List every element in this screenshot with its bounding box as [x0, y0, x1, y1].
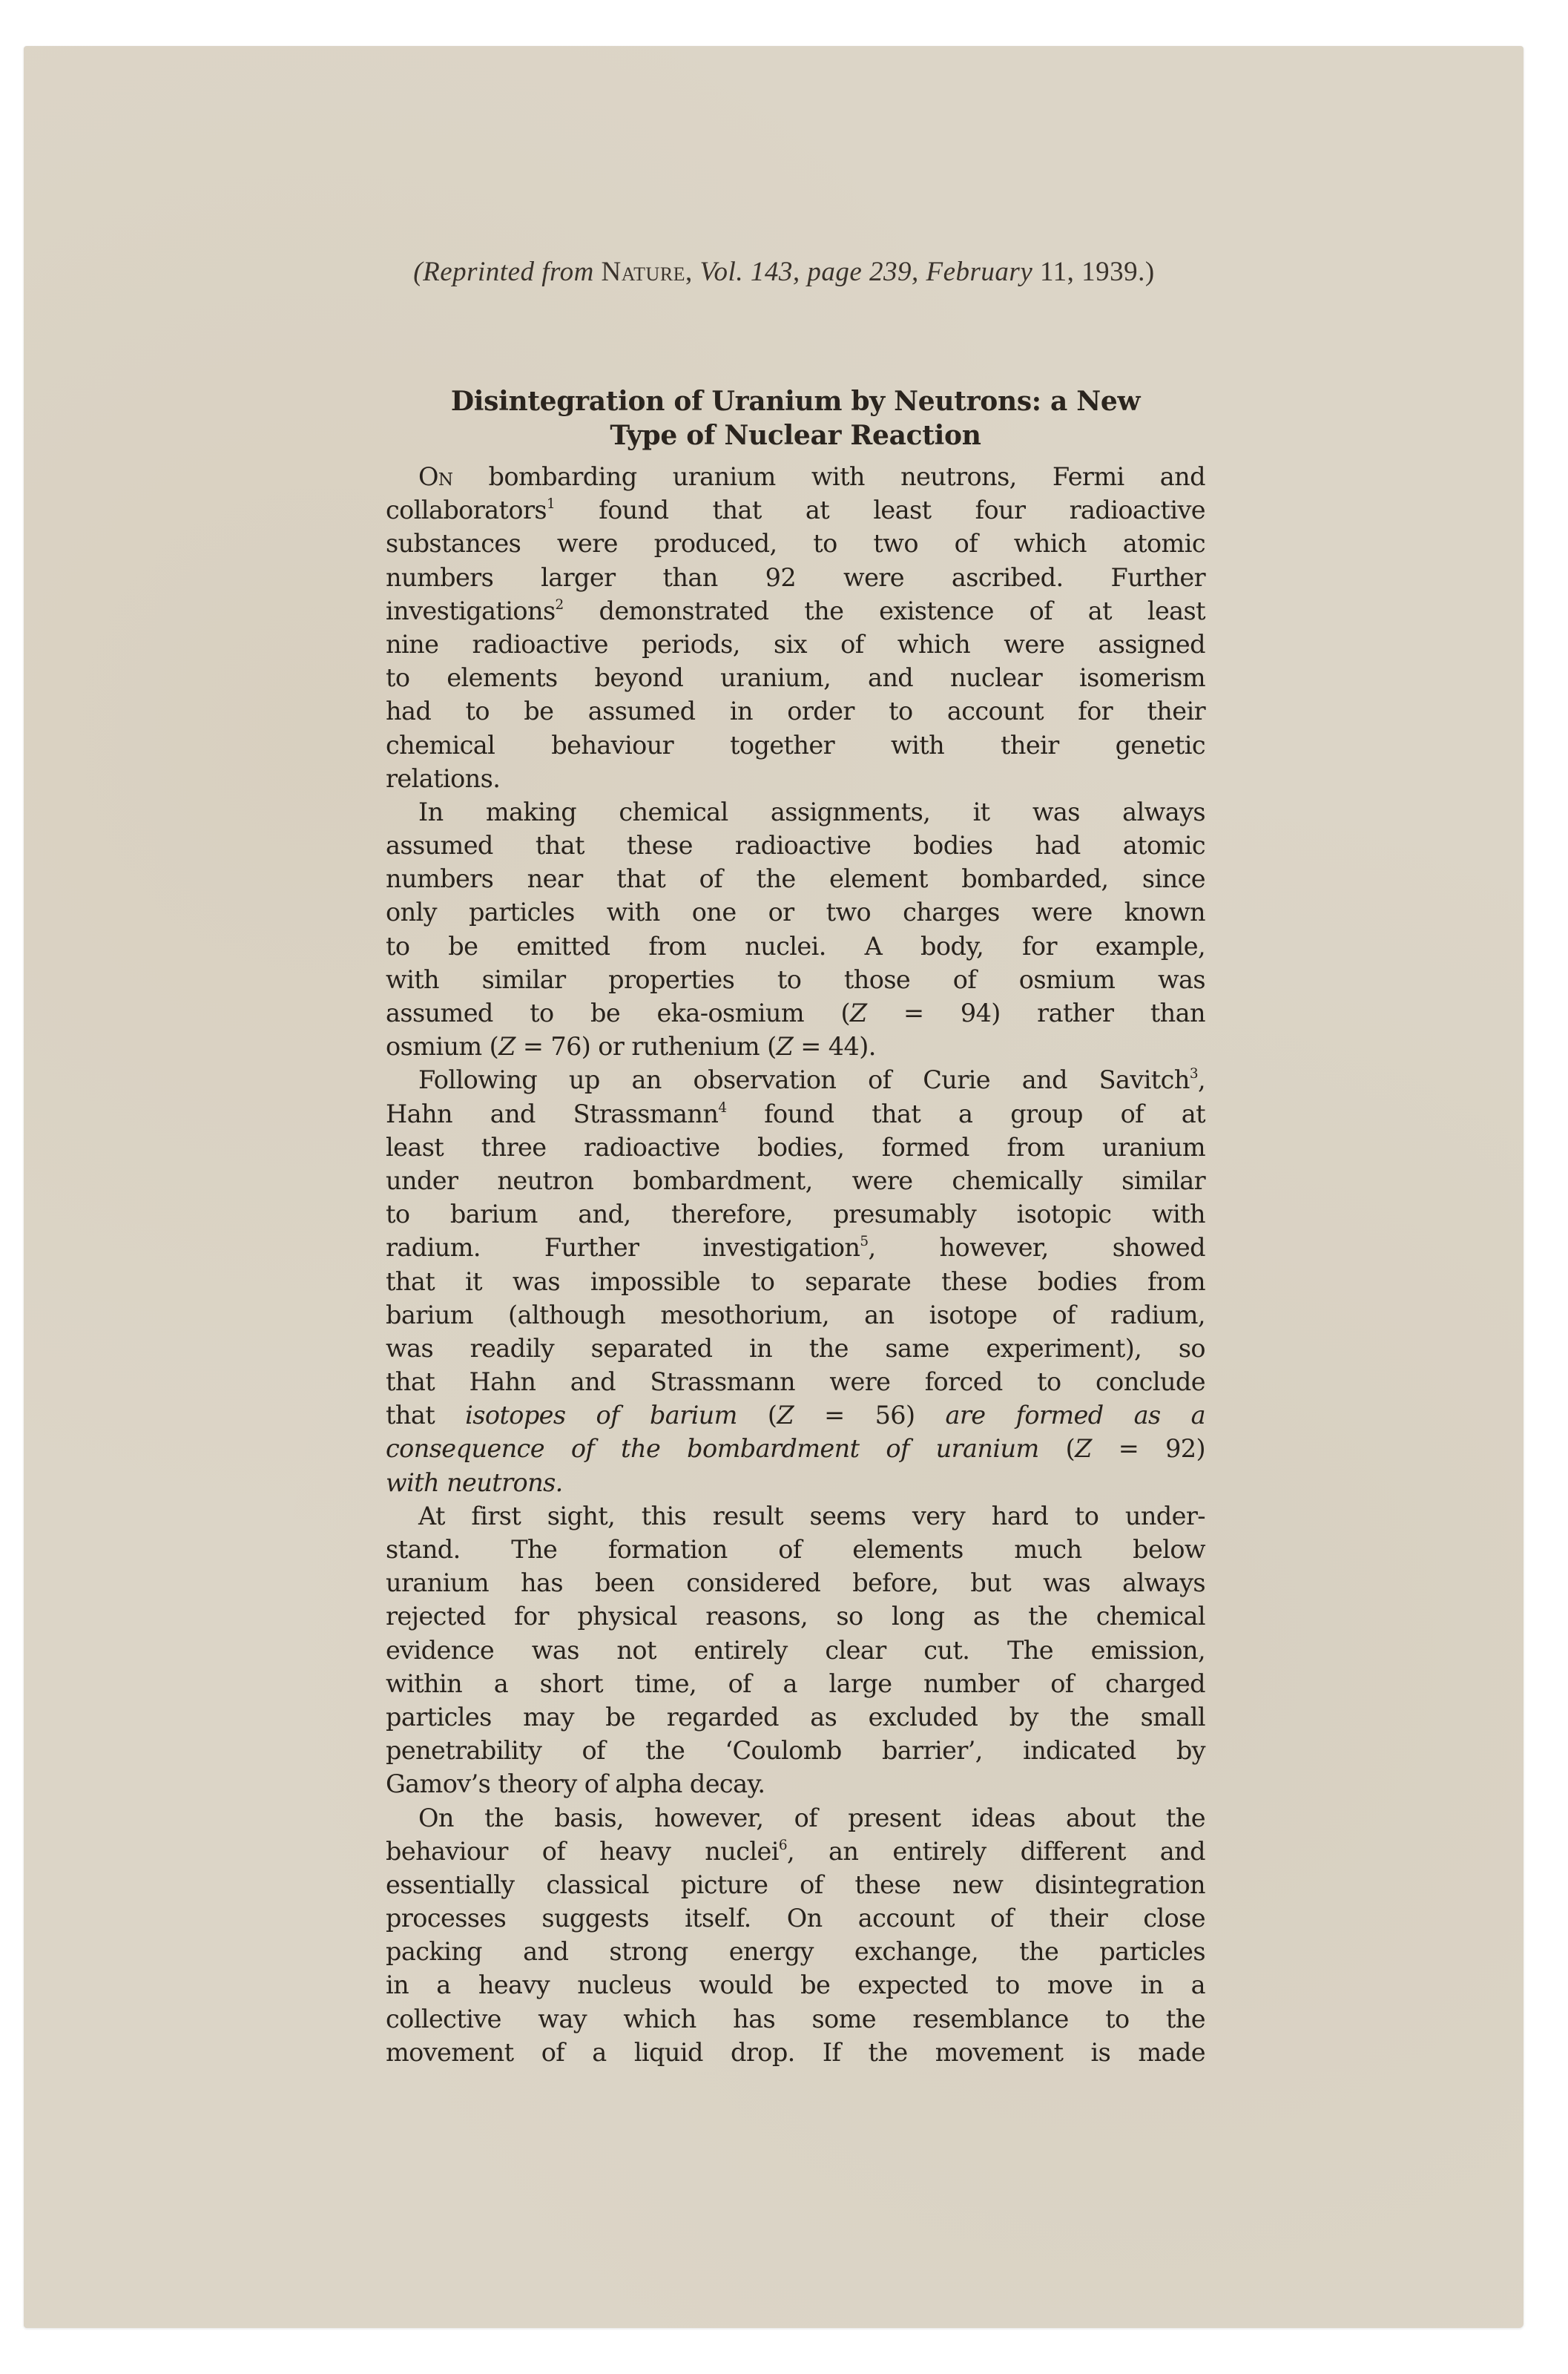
reprint-prefix: (Reprinted from — [413, 257, 601, 287]
footnote-ref: 5 — [860, 1234, 868, 1250]
text-line: processes suggests itself. On account of… — [386, 1901, 1205, 1935]
text-line: behaviour of heavy nuclei6, an entirely … — [386, 1835, 1205, 1868]
text-line: osmium (Z = 76) or ruthenium (Z = 44). — [386, 1030, 1205, 1063]
text-line: assumed to be eka-osmium (Z = 94) rather… — [386, 996, 1205, 1030]
text-line: particles may be regarded as excluded by… — [386, 1700, 1205, 1734]
volume-page-date: Vol. 143, page 239, February — [700, 257, 1033, 287]
text-run: numbers near that of the element bombard… — [386, 864, 1205, 893]
text-line: substances were produced, to two of whic… — [386, 527, 1205, 560]
text-run: was readily separated in the same experi… — [386, 1334, 1205, 1363]
text-run: bombarding uranium with neutrons, Fermi … — [452, 462, 1205, 491]
article-title-line-2: Type of Nuclear Reaction — [386, 418, 1205, 453]
text-line: In making chemical assignments, it was a… — [386, 795, 1205, 829]
text-line: that isotopes of barium (Z = 56) are for… — [386, 1398, 1205, 1432]
text-run: Z — [1075, 1434, 1092, 1463]
text-run: On the basis, however, of present ideas … — [418, 1803, 1205, 1832]
text-run: to elements beyond uranium, and nuclear … — [386, 663, 1205, 692]
text-run: essentially classical picture of these n… — [386, 1870, 1205, 1899]
text-line: assumed that these radioactive bodies ha… — [386, 829, 1205, 862]
text-line: barium (although mesothorium, an isotope… — [386, 1298, 1205, 1332]
text-run: evidence was not entirely clear cut. The… — [386, 1636, 1205, 1665]
text-line: with neutrons. — [386, 1466, 1205, 1499]
text-line: On bombarding uranium with neutrons, Fer… — [386, 460, 1205, 493]
text-run: packing and strong energy exchange, the … — [386, 1937, 1205, 1966]
text-run: relations. — [386, 764, 500, 793]
text-run: Z — [498, 1032, 515, 1061]
text-run: that it was impossible to separate these… — [386, 1267, 1205, 1296]
text-run: to barium and, therefore, presumably iso… — [386, 1200, 1205, 1229]
text-line: was readily separated in the same experi… — [386, 1332, 1205, 1365]
text-run: in a heavy nucleus would be expected to … — [386, 1970, 1205, 1999]
text-run: with similar properties to those of osmi… — [386, 965, 1205, 994]
text-line: that Hahn and Strassmann were forced to … — [386, 1365, 1205, 1398]
text-run: particles may be regarded as excluded by… — [386, 1703, 1205, 1732]
text-line: movement of a liquid drop. If the moveme… — [386, 2036, 1205, 2069]
text-run: = 56) — [794, 1401, 945, 1430]
text-run: substances were produced, to two of whic… — [386, 529, 1205, 558]
text-line: collective way which has some resemblanc… — [386, 2002, 1205, 2036]
text-line: to barium and, therefore, presumably iso… — [386, 1197, 1205, 1231]
text-run: = 44). — [793, 1032, 876, 1061]
paragraph: At first sight, this result seems very h… — [386, 1499, 1205, 1801]
text-run: processes suggests itself. On account of… — [386, 1904, 1205, 1933]
text-run: Z — [777, 1401, 794, 1430]
text-run: behaviour of heavy nuclei — [386, 1837, 779, 1866]
text-run: Hahn and Strassmann — [386, 1099, 718, 1128]
text-line: On the basis, however, of present ideas … — [386, 1801, 1205, 1835]
text-run: chemical behaviour together with their g… — [386, 731, 1205, 760]
text-run: under neutron bombardment, were chemical… — [386, 1166, 1205, 1195]
text-line: Hahn and Strassmann4 found that a group … — [386, 1097, 1205, 1131]
text-run: numbers larger than 92 were ascribed. Fu… — [386, 563, 1205, 592]
text-run: found that a group of at — [726, 1099, 1205, 1128]
text-run: In making chemical assignments, it was a… — [418, 798, 1205, 826]
text-run: assumed that these radioactive bodies ha… — [386, 831, 1205, 860]
text-run: rejected for physical reasons, so long a… — [386, 1602, 1205, 1631]
text-line: under neutron bombardment, were chemical… — [386, 1164, 1205, 1197]
text-line: within a short time, of a large number o… — [386, 1667, 1205, 1700]
text-line: that it was impossible to separate these… — [386, 1265, 1205, 1298]
text-run: , however, showed — [869, 1233, 1206, 1262]
text-line: relations. — [386, 762, 1205, 795]
text-run: barium (although mesothorium, an isotope… — [386, 1301, 1205, 1329]
text-line: stand. The formation of elements much be… — [386, 1533, 1205, 1566]
text-line: numbers larger than 92 were ascribed. Fu… — [386, 561, 1205, 594]
journal-name: Nature — [602, 257, 686, 287]
text-line: consequence of the bombardment of uraniu… — [386, 1432, 1205, 1465]
text-run: = 76) or ruthenium ( — [515, 1032, 777, 1061]
text-line: had to be assumed in order to account fo… — [386, 694, 1205, 728]
text-run: ( — [737, 1401, 777, 1430]
text-run: Following up an observation of Curie and… — [418, 1065, 1190, 1094]
footnote-ref: 1 — [547, 496, 555, 512]
text-run: that — [386, 1401, 465, 1430]
text-line: packing and strong energy exchange, the … — [386, 1935, 1205, 1968]
text-run: movement of a liquid drop. If the moveme… — [386, 2038, 1205, 2067]
text-line: with similar properties to those of osmi… — [386, 963, 1205, 996]
text-run: At first sight, this result seems very h… — [418, 1502, 1205, 1530]
text-run: are formed as a — [946, 1401, 1205, 1430]
text-line: Gamov’s theory of alpha decay. — [386, 1767, 1205, 1801]
reprint-date-tail: 11, 1939.) — [1032, 257, 1154, 287]
text-run: Z — [850, 999, 867, 1027]
text-line: Following up an observation of Curie and… — [386, 1063, 1205, 1096]
reprint-separator: , — [685, 257, 700, 287]
text-line: At first sight, this result seems very h… — [386, 1499, 1205, 1533]
text-run: = 94) rather than — [867, 999, 1205, 1027]
text-line: rejected for physical reasons, so long a… — [386, 1599, 1205, 1633]
text-run: nine radioactive periods, six of which w… — [386, 630, 1205, 659]
text-line: to elements beyond uranium, and nuclear … — [386, 661, 1205, 694]
text-run: uranium has been considered before, but … — [386, 1568, 1205, 1597]
paragraph: On bombarding uranium with neutrons, Fer… — [386, 460, 1205, 795]
text-run: that Hahn and Strassmann were forced to … — [386, 1367, 1205, 1396]
text-run: found that at least four radioactive — [555, 496, 1205, 525]
footnote-ref: 4 — [718, 1100, 726, 1116]
text-run: to be emitted from nuclei. A body, for e… — [386, 932, 1205, 961]
text-line: collaborators1 found that at least four … — [386, 493, 1205, 527]
text-run: collaborators — [386, 496, 547, 525]
text-line: essentially classical picture of these n… — [386, 1868, 1205, 1901]
text-run: only particles with one or two charges w… — [386, 898, 1205, 927]
text-line: nine radioactive periods, six of which w… — [386, 628, 1205, 661]
text-line: radium. Further investigation5, however,… — [386, 1231, 1205, 1264]
text-run: On — [418, 462, 452, 491]
text-run: least three radioactive bodies, formed f… — [386, 1133, 1205, 1162]
text-run: = 92) — [1092, 1434, 1205, 1463]
text-run: within a short time, of a large number o… — [386, 1669, 1205, 1698]
text-line: evidence was not entirely clear cut. The… — [386, 1634, 1205, 1667]
text-run: consequence of the bombardment of uraniu… — [386, 1434, 1039, 1463]
article-title-line-1: Disintegration of Uranium by Neutrons: a… — [386, 384, 1205, 418]
article-body: On bombarding uranium with neutrons, Fer… — [386, 460, 1205, 2069]
text-run: ( — [1039, 1434, 1075, 1463]
text-run: investigations — [386, 596, 556, 625]
text-run: with neutrons. — [386, 1468, 563, 1497]
text-run: Z — [777, 1032, 794, 1061]
paragraph: Following up an observation of Curie and… — [386, 1063, 1205, 1499]
paragraph: On the basis, however, of present ideas … — [386, 1801, 1205, 2070]
text-run: stand. The formation of elements much be… — [386, 1535, 1205, 1564]
text-line: only particles with one or two charges w… — [386, 895, 1205, 929]
text-run: collective way which has some resemblanc… — [386, 2005, 1205, 2033]
text-line: to be emitted from nuclei. A body, for e… — [386, 930, 1205, 963]
article-title: Disintegration of Uranium by Neutrons: a… — [386, 384, 1205, 453]
text-run: , an entirely different and — [787, 1837, 1205, 1866]
text-run: Gamov’s theory of alpha decay. — [386, 1769, 765, 1798]
paragraph: In making chemical assignments, it was a… — [386, 795, 1205, 1064]
text-line: penetrability of the ‘Coulomb barrier’, … — [386, 1734, 1205, 1767]
text-run: isotopes of barium — [465, 1401, 737, 1430]
text-run: osmium ( — [386, 1032, 498, 1061]
footnote-ref: 2 — [556, 597, 564, 613]
text-line: numbers near that of the element bombard… — [386, 862, 1205, 895]
text-line: in a heavy nucleus would be expected to … — [386, 1968, 1205, 2002]
text-line: least three radioactive bodies, formed f… — [386, 1131, 1205, 1164]
text-line: chemical behaviour together with their g… — [386, 729, 1205, 762]
text-run: had to be assumed in order to account fo… — [386, 697, 1205, 726]
text-line: investigations2 demonstrated the existen… — [386, 594, 1205, 628]
footnote-ref: 3 — [1190, 1067, 1198, 1082]
text-run: assumed to be eka-osmium ( — [386, 999, 850, 1027]
text-run: , — [1198, 1065, 1205, 1094]
text-run: demonstrated the existence of at least — [564, 596, 1205, 625]
text-run: penetrability of the ‘Coulomb barrier’, … — [386, 1736, 1205, 1765]
text-line: uranium has been considered before, but … — [386, 1566, 1205, 1599]
text-run: radium. Further investigation — [386, 1233, 860, 1262]
reprint-citation: (Reprinted from Nature, Vol. 143, page 2… — [0, 256, 1568, 288]
footnote-ref: 6 — [779, 1838, 787, 1853]
